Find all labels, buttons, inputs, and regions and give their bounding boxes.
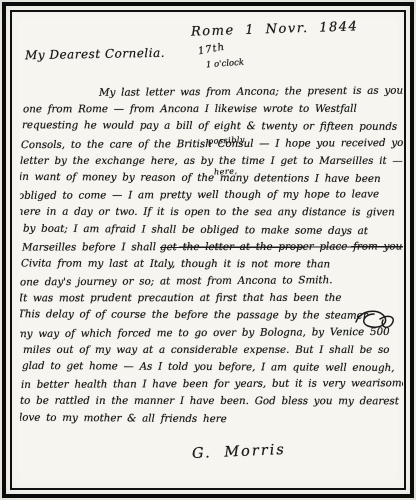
letter-line: It was most prudent precaution at first … bbox=[20, 290, 402, 308]
letter-line: Marseilles before I shallget the letter … bbox=[22, 238, 403, 256]
letter-line: here in a day or two. If it is open to t… bbox=[20, 204, 400, 222]
letter-line: miles out of my way at a considerable ex… bbox=[23, 342, 403, 359]
interlinear-insertion: here, bbox=[214, 166, 238, 176]
letter-line: one from Rome — from Ancona I likewise w… bbox=[23, 101, 403, 119]
letter-line: one day's journey or so; at most from An… bbox=[20, 272, 403, 292]
letter-line: by boat; I am afraid I shall be obliged … bbox=[23, 220, 403, 240]
salutation: My Dearest Cornelia. bbox=[25, 46, 165, 62]
strikethrough-text: get the letter at the proper place from … bbox=[160, 238, 403, 256]
letter-line: requesting he would pay a bill of eight … bbox=[22, 118, 403, 137]
letter-line: to be rattled in the manner I have been.… bbox=[20, 393, 403, 411]
letter-line: This delay of of course the before the p… bbox=[20, 307, 401, 326]
place-date-line: Rome 1 Novr. 1844 bbox=[190, 19, 358, 39]
inserted-day: 17th bbox=[197, 42, 226, 58]
letter-line: letter by the exchange here, as by the t… bbox=[20, 153, 403, 170]
letter-line: love to my mother & all friends here bbox=[20, 409, 402, 428]
letter-line: obliged to come — I am pretty well thoug… bbox=[20, 186, 401, 205]
letter-page: Rome 1 Novr. 1844 17th 1 o'clock My Dear… bbox=[0, 0, 416, 500]
inserted-time: 1 o'clock bbox=[206, 58, 245, 71]
ink-scribble bbox=[352, 306, 400, 332]
letter-line: glad to get home — As I told you before,… bbox=[22, 358, 403, 377]
letter-line: in want of money by reason of the many d… bbox=[20, 169, 402, 188]
letter-line: in better health than I have been for ye… bbox=[21, 375, 403, 394]
letter-line: My last letter was from Ancona; the pres… bbox=[20, 84, 400, 103]
letter-line: Civita from my last at Italy, though it … bbox=[21, 255, 403, 273]
letter-body: My last letter was from Ancona; the pres… bbox=[20, 84, 403, 428]
letter-line: my way of which forced me to go over by … bbox=[20, 324, 400, 343]
interlinear-insertion: possibly bbox=[208, 135, 245, 146]
signature: G. Morris bbox=[192, 442, 286, 462]
